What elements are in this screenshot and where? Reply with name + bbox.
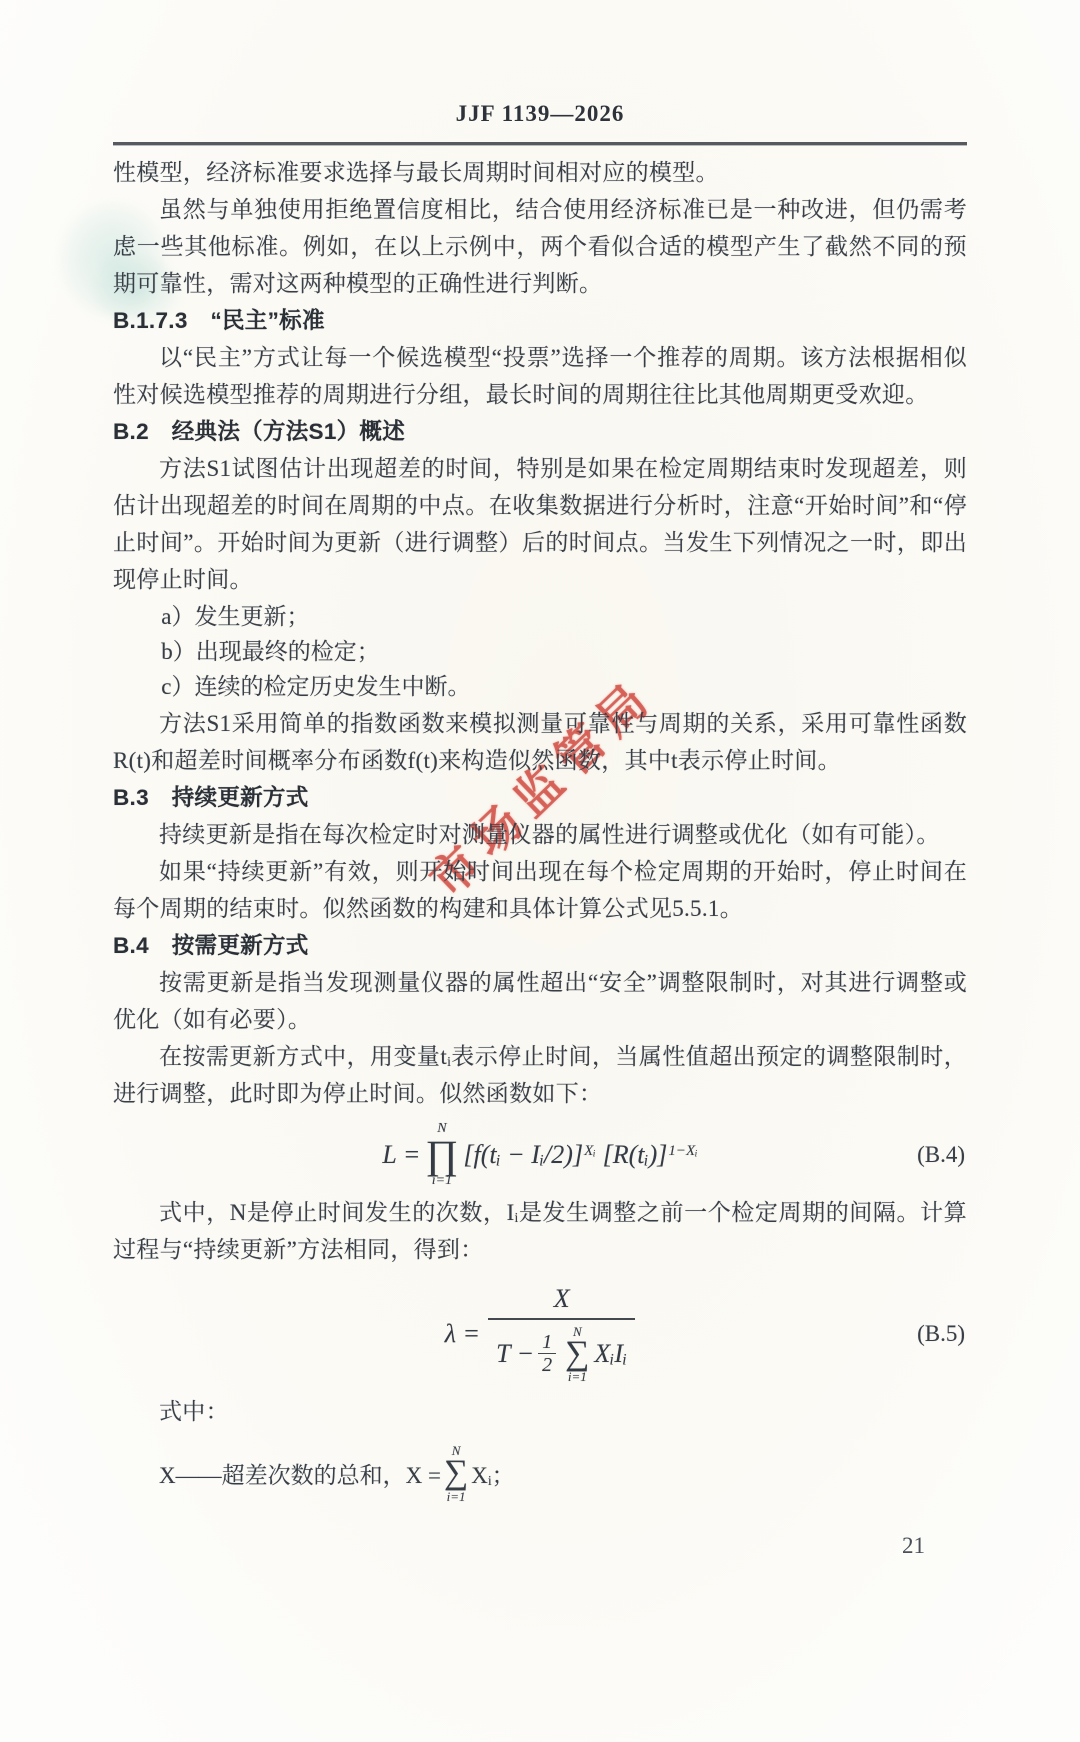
eq-exponent: Xᵢ bbox=[584, 1143, 596, 1160]
paragraph: 按需更新是指当发现测量仪器的属性超出“安全”调整限制时，对其进行调整或优化（如有… bbox=[113, 964, 967, 1038]
paragraph: 性模型，经济标准要求选择与最长周期时间相对应的模型。 bbox=[113, 154, 967, 191]
fraction-denominator: T − 1 2 N ∑ i=1 XᵢIᵢ bbox=[488, 1318, 635, 1383]
fraction: X T − 1 2 N ∑ i=1 XᵢIᵢ bbox=[488, 1284, 635, 1383]
sum-operator: N ∑ i=1 bbox=[565, 1325, 589, 1383]
eq-term: XᵢIᵢ bbox=[594, 1339, 627, 1369]
section-heading-b3: B.3 持续更新方式 bbox=[113, 779, 967, 816]
page-content: JJF 1139—2026 性模型，经济标准要求选择与最长周期时间相对应的模型。… bbox=[113, 0, 967, 1559]
list-item-c: c）连续的检定历史发生中断。 bbox=[113, 669, 967, 704]
paragraph: 以“民主”方式让每一个候选模型“投票”选择一个推荐的周期。该方法根据相似性对候选… bbox=[113, 339, 967, 413]
half-denominator: 2 bbox=[538, 1353, 556, 1376]
eq-lhs: L = bbox=[382, 1140, 420, 1170]
sum-symbol: ∑ bbox=[565, 1338, 589, 1370]
equation-b4: L = N ∏ i=1 [f(tᵢ − Iᵢ/2)]Xᵢ [R(tᵢ)]1−Xᵢ bbox=[382, 1122, 697, 1188]
eq-lhs: λ = bbox=[445, 1319, 480, 1349]
paragraph: 虽然与单独使用拒绝置信度相比，结合使用经济标准已是一种改进，但仍需考虑一些其他标… bbox=[113, 191, 967, 302]
sum-operator: N ∑ i=1 bbox=[444, 1444, 468, 1502]
document-page: 市场监管局 JJF 1139—2026 性模型，经济标准要求选择与最长周期时间相… bbox=[0, 0, 1080, 1742]
symbol-definition: X——超差次数的总和，X = N ∑ i=1 Xᵢ； bbox=[113, 1444, 967, 1502]
paragraph: 持续更新是指在每次检定时对测量仪器的属性进行调整或优化（如有可能）。 bbox=[113, 816, 967, 853]
section-heading-b2: B.2 经典法（方法S1）概述 bbox=[113, 413, 967, 450]
definition-text: X——超差次数的总和，X = bbox=[159, 1457, 441, 1490]
eq-exponent: 1−Xᵢ bbox=[668, 1143, 697, 1160]
eq-term: T − bbox=[496, 1339, 534, 1369]
paragraph: 式中： bbox=[113, 1393, 967, 1430]
paragraph: 如果“持续更新”有效，则开始时间出现在每个检定周期的开始时，停止时间在每个周期的… bbox=[113, 853, 967, 927]
eq-term: [R(tᵢ)] bbox=[603, 1140, 668, 1170]
equation-number: (B.5) bbox=[917, 1321, 965, 1347]
formula-b4: L = N ∏ i=1 [f(tᵢ − Iᵢ/2)]Xᵢ [R(tᵢ)]1−Xᵢ… bbox=[113, 1122, 967, 1188]
standard-code: JJF 1139—2026 bbox=[456, 101, 625, 126]
paragraph: 在按需更新方式中，用变量tᵢ表示停止时间，当属性值超出预定的调整限制时，进行调整… bbox=[113, 1038, 967, 1112]
product-operator: N ∏ i=1 bbox=[425, 1122, 458, 1188]
sum-lower-limit: i=1 bbox=[447, 1490, 466, 1503]
sum-lower-limit: i=1 bbox=[568, 1370, 587, 1383]
paragraph: 式中，N是停止时间发生的次数，Iᵢ是发生调整之前一个检定周期的间隔。计算过程与“… bbox=[113, 1194, 967, 1268]
half-numerator: 1 bbox=[538, 1332, 556, 1353]
section-heading-b4: B.4 按需更新方式 bbox=[113, 927, 967, 964]
sum-symbol: ∑ bbox=[444, 1457, 468, 1489]
page-number: 21 bbox=[113, 1533, 967, 1559]
eq-term: [f(tᵢ − Iᵢ/2)] bbox=[463, 1140, 583, 1170]
half-fraction: 1 2 bbox=[538, 1332, 556, 1376]
product-symbol: ∏ bbox=[425, 1136, 458, 1174]
header-rule bbox=[113, 142, 967, 146]
fraction-numerator: X bbox=[544, 1284, 580, 1318]
enumerated-list: a）发生更新； b）出现最终的检定； c）连续的检定历史发生中断。 bbox=[113, 599, 967, 704]
document-header: JJF 1139—2026 bbox=[113, 101, 967, 127]
formula-b5: λ = X T − 1 2 N ∑ i=1 Xᵢ bbox=[113, 1284, 967, 1383]
equation-b5: λ = X T − 1 2 N ∑ i=1 Xᵢ bbox=[445, 1284, 635, 1383]
list-item-b: b）出现最终的检定； bbox=[113, 634, 967, 669]
paragraph: 方法S1采用简单的指数函数来模拟测量可靠性与周期的关系，采用可靠性函数R(t)和… bbox=[113, 705, 967, 779]
list-item-a: a）发生更新； bbox=[113, 599, 967, 634]
paragraph: 方法S1试图估计出现超差的时间，特别是如果在检定周期结束时发现超差，则估计出现超… bbox=[113, 450, 967, 598]
equation-number: (B.4) bbox=[917, 1142, 965, 1168]
product-lower-limit: i=1 bbox=[432, 1174, 452, 1188]
section-heading-b173: B.1.7.3 “民主”标准 bbox=[113, 302, 967, 339]
definition-text: Xᵢ； bbox=[471, 1457, 514, 1490]
